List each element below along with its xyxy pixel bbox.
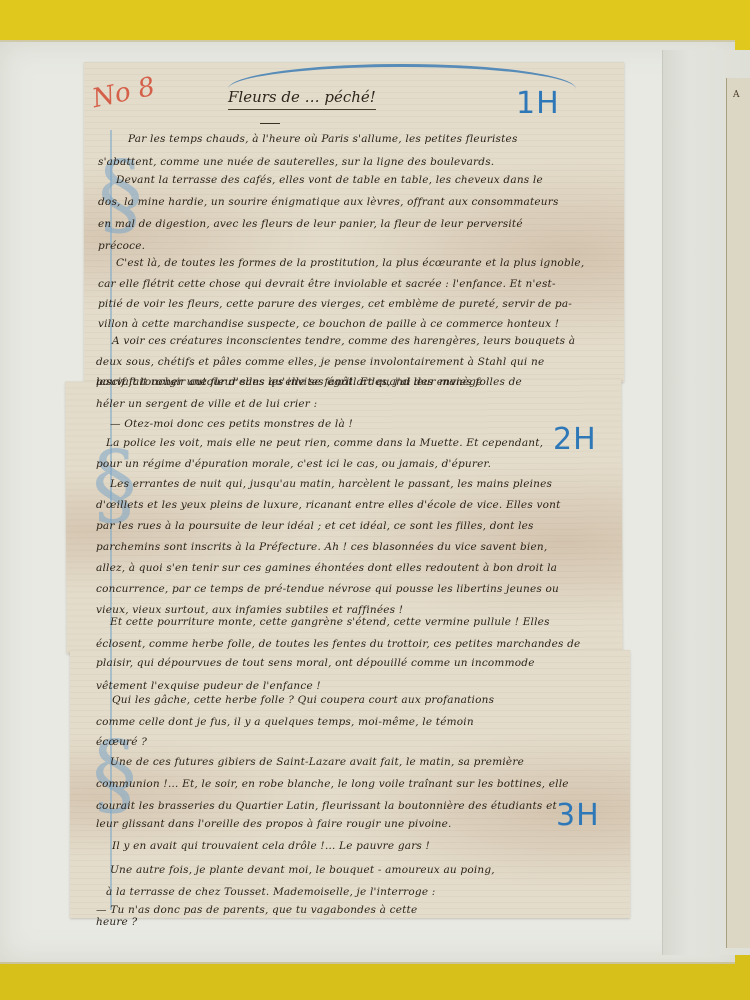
text-line: d'œillets et les yeux pleins de luxure, … xyxy=(96,499,561,511)
folio-marker: 2H xyxy=(553,422,597,457)
folio-marker: 3H xyxy=(556,798,600,833)
text-line: Il y en avait qui trouvaient cela drôle … xyxy=(112,840,430,852)
text-line: — Tu n'as donc pas de parents, que tu va… xyxy=(96,904,417,916)
title-rule xyxy=(260,123,280,124)
text-line: allez, à quoi s'en tenir sur ces gamines… xyxy=(96,562,557,574)
text-line: courait les brasseries du Quartier Latin… xyxy=(96,800,557,812)
text-line: écœuré ? xyxy=(96,736,147,748)
text-line: communion !… Et, le soir, en robe blanch… xyxy=(96,778,569,790)
text-line: vêtement l'exquise pudeur de l'enfance ! xyxy=(96,680,321,692)
text-line: La police les voit, mais elle ne peut ri… xyxy=(106,437,543,449)
text-line: Et cette pourriture monte, cette gangrèn… xyxy=(110,616,550,628)
text-line: par les rues à la poursuite de leur idéa… xyxy=(96,520,534,532)
text-line: villon à cette marchandise suspecte, ce … xyxy=(98,318,559,330)
text-line: A voir ces créatures inconscientes tendr… xyxy=(112,335,575,347)
text-line: deux sous, chétifs et pâles comme elles,… xyxy=(96,356,544,368)
text-line: C'est là, de toutes les formes de la pro… xyxy=(116,257,584,269)
text-line: pour un régime d'épuration morale, c'est… xyxy=(96,458,491,470)
text-line: lascif fait rougir autour d'elles les in… xyxy=(96,376,522,388)
text-line: s'abattent, comme une nuée de sauterelle… xyxy=(98,156,494,168)
text-line: plaisir, qui dépourvues de tout sens mor… xyxy=(96,657,535,669)
text-line: car elle flétrit cette chose qui devrait… xyxy=(98,278,556,290)
text-line: Une de ces futures gibiers de Saint-Laza… xyxy=(110,756,524,768)
text-line: Les errantes de nuit qui, jusqu'au matin… xyxy=(110,478,552,490)
text-line: pitié de voir les fleurs, cette parure d… xyxy=(98,298,572,310)
text-line: comme celle dont je fus, il y a quelques… xyxy=(96,716,474,728)
text-line: à la terrasse de chez Tousset. Mademoise… xyxy=(106,886,436,898)
text-line: en mal de digestion, avec les fleurs de … xyxy=(98,218,523,230)
text-line: éclosent, comme herbe folle, de toutes l… xyxy=(96,638,580,650)
text-line: héler un sergent de ville et de lui crie… xyxy=(96,398,317,410)
text-line: Par les temps chauds, à l'heure où Paris… xyxy=(128,133,518,145)
manuscript-title: Fleurs de … péché! xyxy=(228,88,376,110)
next-page-mark: A xyxy=(733,90,740,100)
next-page-edge: A xyxy=(726,78,750,948)
text-line: concurrence, par ce temps de pré-tendue … xyxy=(96,583,559,595)
text-line: Une autre fois, je plante devant moi, le… xyxy=(110,864,495,876)
text-line: leur glissant dans l'oreille des propos … xyxy=(96,818,452,830)
folio-marker: 1H xyxy=(516,86,560,121)
text-line: — Otez-moi donc ces petits monstres de l… xyxy=(110,418,353,430)
text-line: heure ? xyxy=(96,916,137,928)
text-line: parchemins sont inscrits à la Préfecture… xyxy=(96,541,547,553)
text-line: Devant la terrasse des cafés, elles vont… xyxy=(116,174,543,186)
text-line: Qui les gâche, cette herbe folle ? Qui c… xyxy=(112,694,494,706)
text-line: vieux, vieux surtout, aux infamies subti… xyxy=(96,604,403,616)
text-line: dos, la mine hardie, un sourire énigmati… xyxy=(98,196,559,208)
text-line: précoce. xyxy=(98,240,145,252)
